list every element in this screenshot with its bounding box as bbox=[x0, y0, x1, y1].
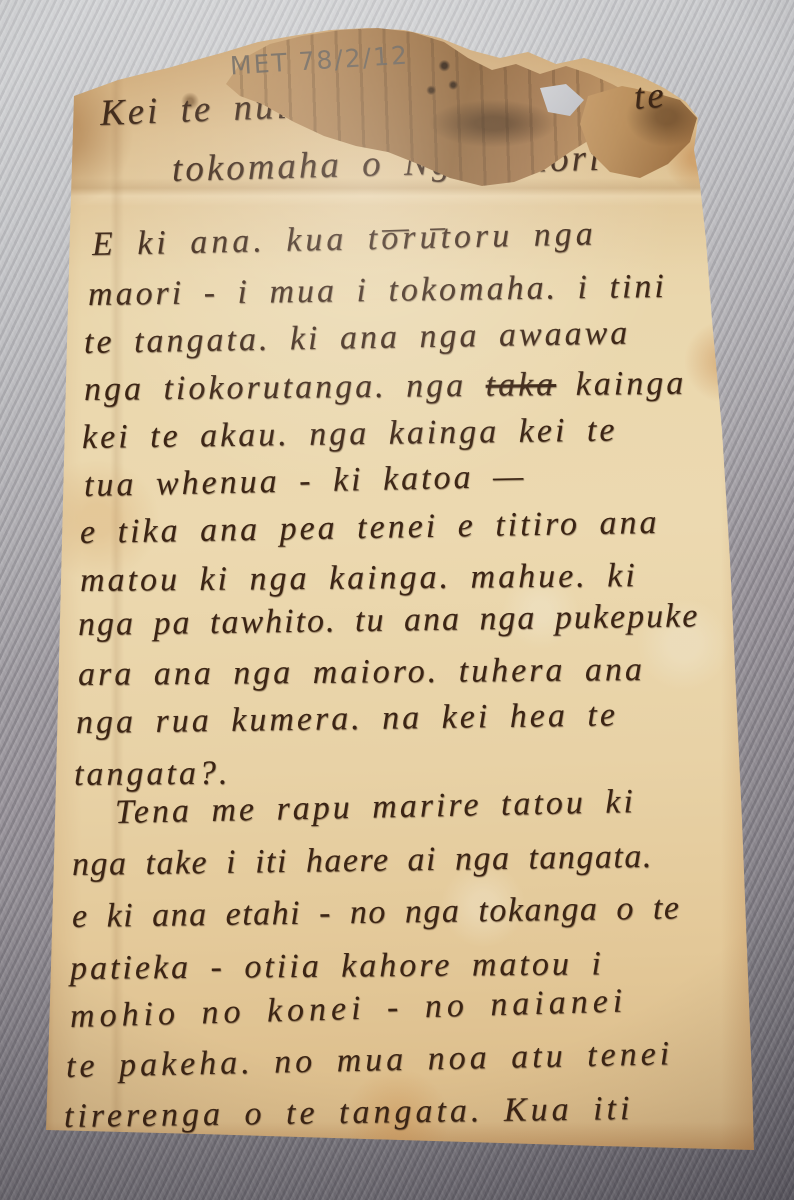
manuscript-line: tirerenga o te tangata. Kua iti bbox=[64, 1090, 634, 1136]
manuscript-line: nga take i iti haere ai nga tangata. bbox=[72, 838, 653, 884]
manuscript-line: nga tiokorutanga. nga taka kainga bbox=[84, 365, 687, 409]
manuscript-line: patieka - otiia kahore matou i bbox=[70, 945, 604, 988]
manuscript-photo: Kei te nui haere ranei te tokomaha o Nga… bbox=[0, 0, 794, 1200]
manuscript-line: nga rua kumera. na kei hea te bbox=[76, 696, 618, 742]
manuscript-line: matou ki nga kainga. mahue. ki bbox=[80, 557, 638, 600]
manuscript-line: kei te akau. nga kainga kei te bbox=[82, 412, 618, 457]
line-segment: kainga bbox=[556, 365, 686, 403]
manuscript-line: ara ana nga maioro. tuhera ana bbox=[78, 651, 645, 694]
manuscript-line: maori - i mua i tokomaha. i tini bbox=[88, 268, 667, 314]
manuscript-title-tail: te bbox=[633, 74, 669, 119]
line-segment: nga tiokorutanga. nga bbox=[84, 367, 486, 408]
manuscript-line: tangata?. bbox=[74, 755, 231, 794]
struck-word: taka bbox=[485, 366, 556, 404]
